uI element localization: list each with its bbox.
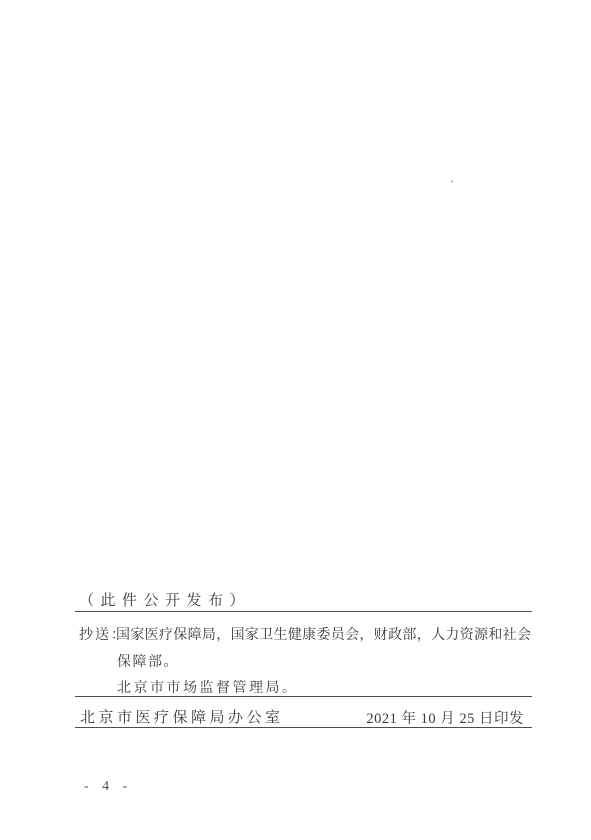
copy-to-recipients-line-2: 保障部。 [117, 651, 179, 671]
page-number: - 4 - [84, 779, 132, 795]
copy-to-recipients-line-1: 国家医疗保障局，国家卫生健康委员会，财政部，人力资源和社会 [116, 624, 531, 644]
separator-line-middle [75, 696, 532, 697]
public-release-note: （此件公开发布） [79, 589, 251, 610]
print-date: 2021 年 10 月 25 日印发 [366, 707, 524, 728]
issuing-office: 北京市医疗保障局办公室 [80, 706, 284, 727]
scan-artifact [451, 180, 453, 183]
document-page: （此件公开发布） 抄送： 国家医疗保障局，国家卫生健康委员会，财政部，人力资源和… [0, 0, 591, 840]
separator-line-bottom [75, 727, 532, 728]
separator-line-top [75, 611, 532, 612]
copy-to-recipients-line-3: 北京市市场监督管理局。 [117, 677, 299, 697]
